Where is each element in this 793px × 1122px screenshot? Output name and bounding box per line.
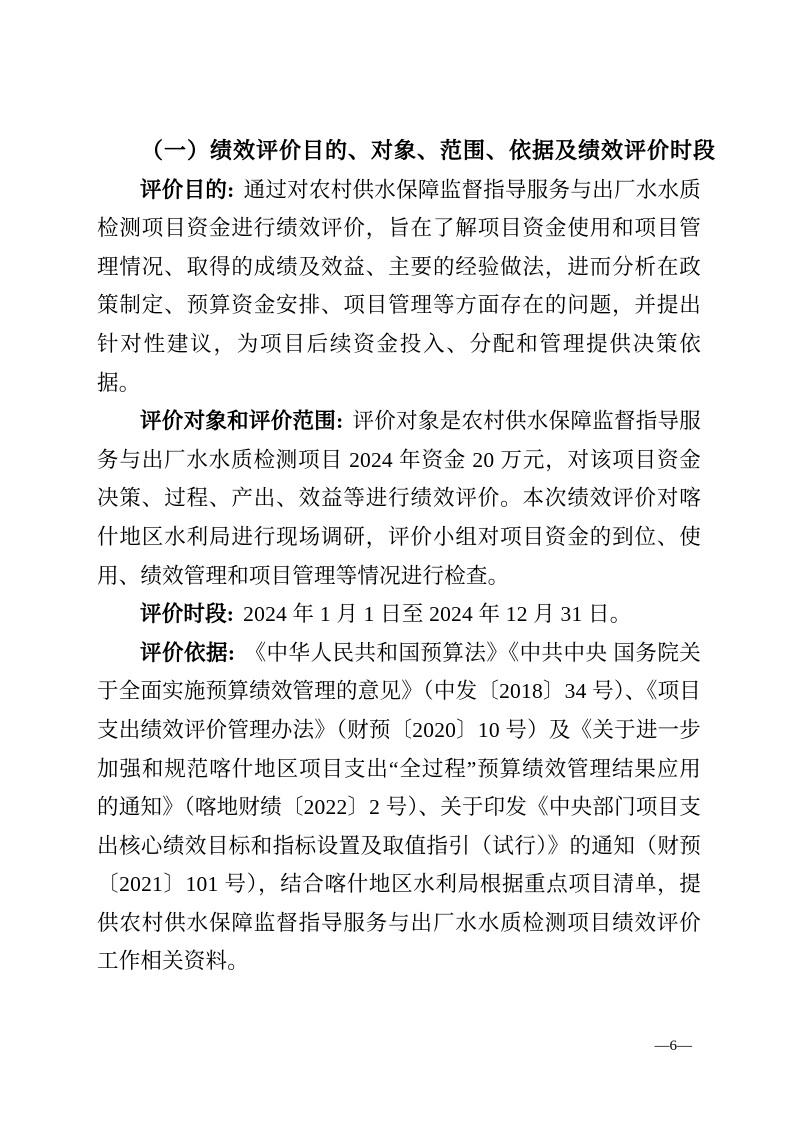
- paragraph-label-basis: 评价依据:: [140, 641, 235, 665]
- paragraph-evaluation-scope: 评价对象和评价范围:评价对象是农村供水保障监督指导服务与出厂水水质检测项目 20…: [97, 402, 701, 595]
- paragraph-evaluation-basis: 评价依据:《中华人民共和国预算法》《中共中央 国务院关于全面实施预算绩效管理的意…: [97, 634, 701, 981]
- paragraph-evaluation-period: 评价时段:2024 年 1 月 1 日至 2024 年 12 月 31 日。: [97, 595, 701, 634]
- paragraph-label-purpose: 评价目的:: [140, 178, 235, 202]
- document-body: （一）绩效评价目的、对象、范围、依据及绩效评价时段 评价目的:通过对农村供水保障…: [97, 132, 701, 981]
- paragraph-text-period: 2024 年 1 月 1 日至 2024 年 12 月 31 日。: [243, 602, 631, 626]
- document-page: （一）绩效评价目的、对象、范围、依据及绩效评价时段 评价目的:通过对农村供水保障…: [0, 0, 793, 1122]
- paragraph-evaluation-purpose: 评价目的:通过对农村供水保障监督指导服务与出厂水水质检测项目资金进行绩效评价，旨…: [97, 171, 701, 403]
- paragraph-label-period: 评价时段:: [140, 602, 234, 626]
- section-heading: （一）绩效评价目的、对象、范围、依据及绩效评价时段: [97, 132, 701, 171]
- paragraph-label-scope: 评价对象和评价范围:: [140, 409, 343, 433]
- paragraph-text-purpose: 通过对农村供水保障监督指导服务与出厂水水质检测项目资金进行绩效评价，旨在了解项目…: [97, 178, 701, 395]
- page-number: —6—: [655, 1036, 693, 1056]
- paragraph-text-scope: 评价对象是农村供水保障监督指导服务与出厂水水质检测项目 2024 年资金 20 …: [97, 409, 701, 587]
- paragraph-text-basis: 《中华人民共和国预算法》《中共中央 国务院关于全面实施预算绩效管理的意见》（中发…: [97, 641, 701, 974]
